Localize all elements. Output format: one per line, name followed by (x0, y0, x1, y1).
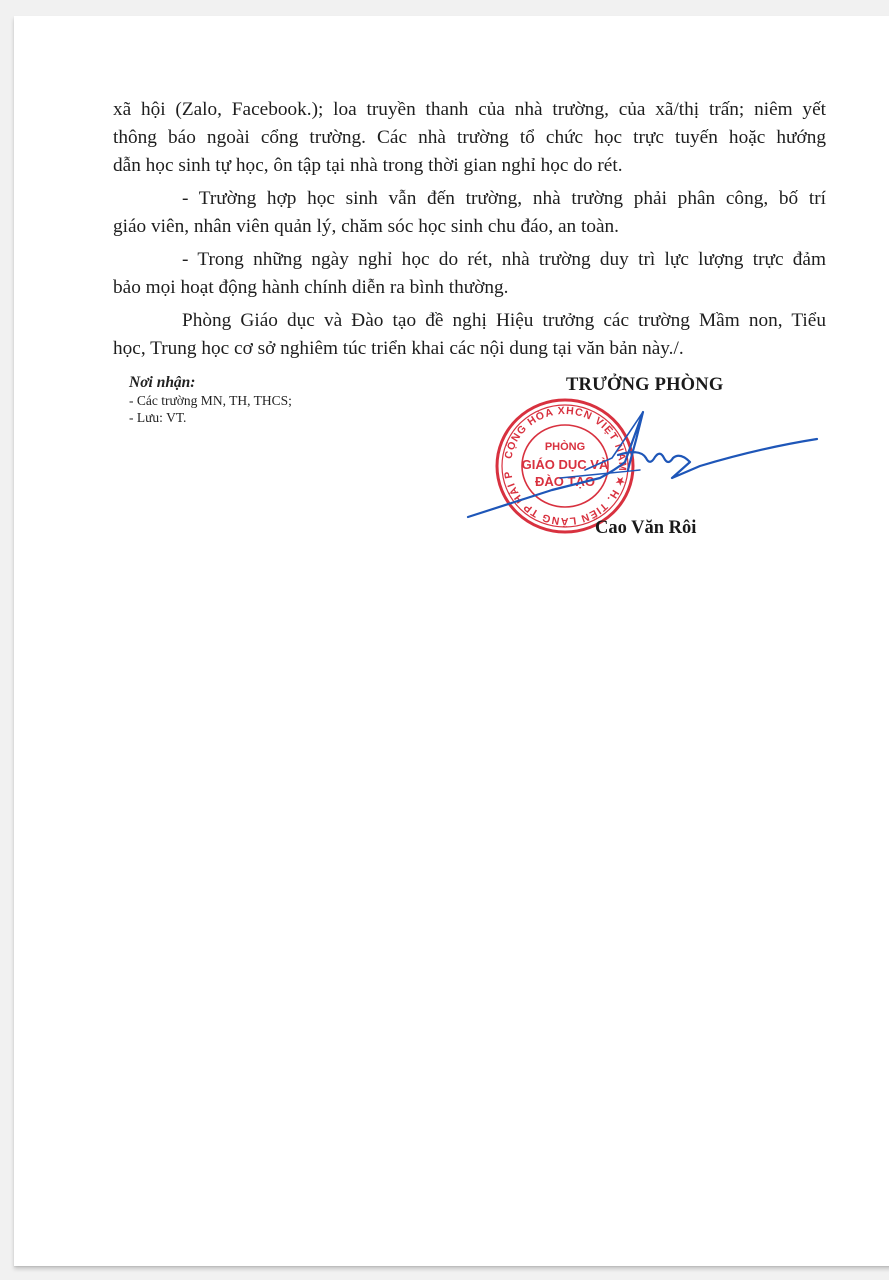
text-line: - Trường hợp học sinh vẫn đến trường, nh… (113, 185, 826, 213)
recipients-heading: Nơi nhận: (129, 373, 292, 392)
paragraph-request: Phòng Giáo dục và Đào tạo đề nghị Hiệu t… (113, 307, 826, 363)
stamp-line: ĐÀO TẠO (535, 474, 595, 489)
signer-title: TRƯỞNG PHÒNG (566, 375, 723, 396)
recipient-item: - Lưu: VT. (129, 409, 292, 426)
text-line: dẫn học sinh tự học, ôn tập tại nhà tron… (113, 152, 826, 180)
paragraph-communication: xã hội (Zalo, Facebook.); loa truyền tha… (113, 96, 826, 180)
official-stamp-icon: CỘNG HÒA XHCN VIỆT NAM ★ H. TIÊN LÃNG TP… (492, 396, 638, 536)
recipients-block: Nơi nhận: - Các trường MN, TH, THCS; - L… (129, 373, 292, 426)
recipient-item: - Các trường MN, TH, THCS; (129, 392, 292, 409)
document-body: xã hội (Zalo, Facebook.); loa truyền tha… (113, 96, 826, 368)
text-line: học, Trung học cơ sở nghiêm túc triển kh… (113, 335, 826, 363)
text-line: bảo mọi hoạt động hành chính diễn ra bìn… (113, 274, 826, 302)
text-line: giáo viên, nhân viên quản lý, chăm sóc h… (113, 213, 826, 241)
paragraph-students-at-school: - Trường hợp học sinh vẫn đến trường, nh… (113, 185, 826, 241)
text-line: Phòng Giáo dục và Đào tạo đề nghị Hiệu t… (113, 307, 826, 335)
text-line: thông báo ngoài cổng trường. Các nhà trư… (113, 124, 826, 152)
signer-name: Cao Văn Rôi (595, 518, 696, 539)
stamp-line: GIÁO DỤC VÀ (522, 457, 609, 472)
paragraph-duty-staff: - Trong những ngày nghỉ học do rét, nhà … (113, 246, 826, 302)
stamp-line: PHÒNG (545, 440, 585, 453)
text-line: - Trong những ngày nghỉ học do rét, nhà … (113, 246, 826, 274)
text-line: xã hội (Zalo, Facebook.); loa truyền tha… (113, 96, 826, 124)
